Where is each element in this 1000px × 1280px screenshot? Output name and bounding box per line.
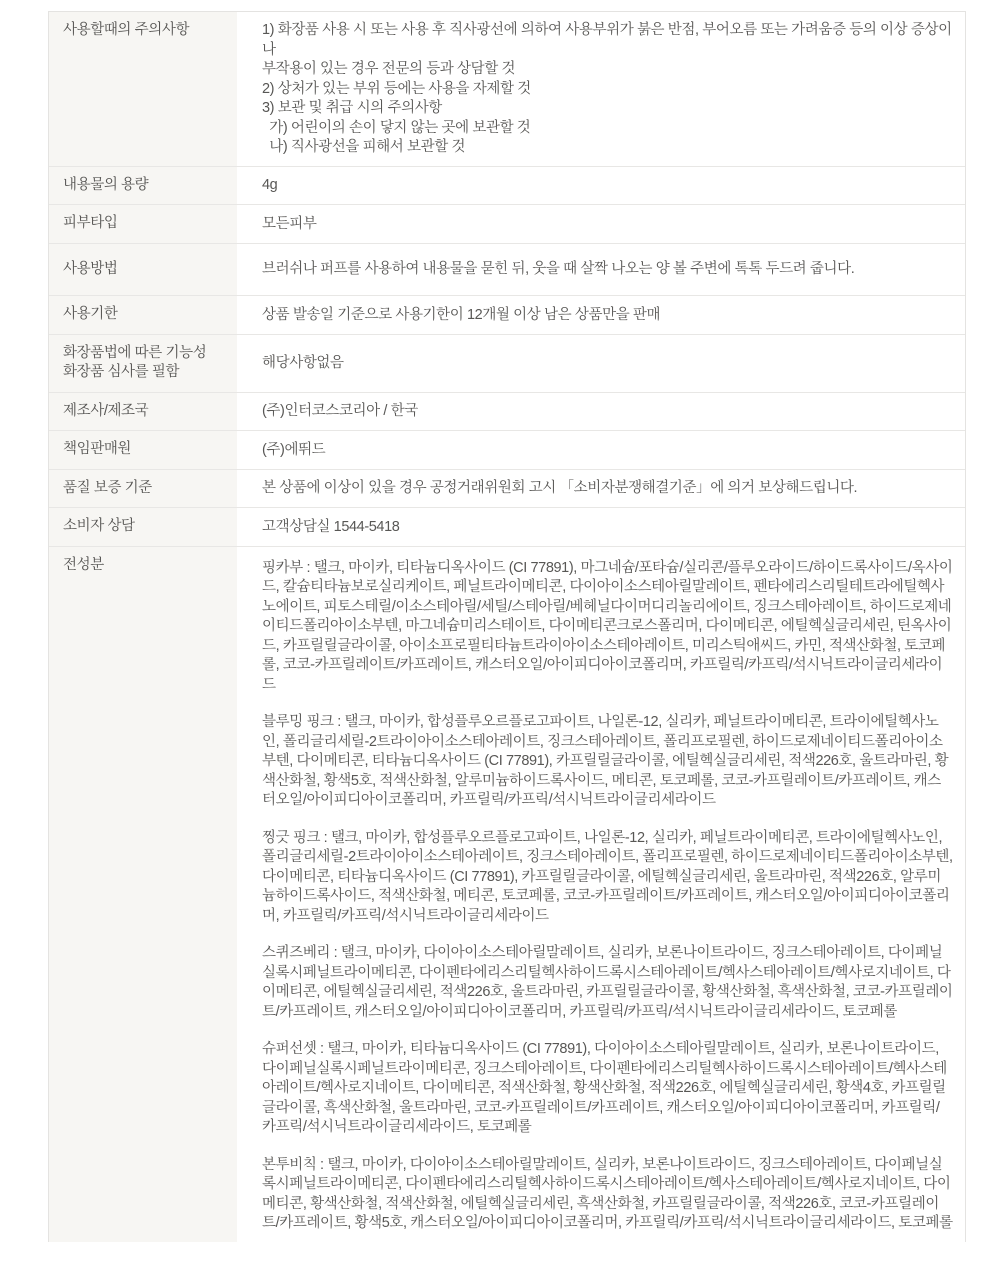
table-row: 사용할때의 주의사항1) 화장품 사용 시 또는 사용 후 직사광선에 의하여 … (49, 12, 965, 166)
row-value: 해당사항없음 (237, 335, 965, 392)
row-value-text: (주)에뛰드 (262, 441, 953, 461)
table-row: 품질 보증 기준본 상품에 이상이 있을 경우 공정거래위원회 고시 「소비자분… (49, 469, 965, 508)
row-value: 상품 발송일 기준으로 사용기한이 12개월 이상 남은 상품만을 판매 (237, 296, 965, 334)
ingredient-paragraph: 스퀴즈베리 : 탤크, 마이카, 다이아이소스테아릴말레이트, 실리카, 보론나… (262, 944, 953, 1022)
row-value-text: 본 상품에 이상이 있을 경우 공정거래위원회 고시 「소비자분쟁해결기준」에 … (262, 479, 953, 499)
row-value: 모든피부 (237, 205, 965, 243)
row-label: 화장품법에 따른 기능성화장품 심사를 필함 (49, 335, 237, 392)
table-row: 화장품법에 따른 기능성화장품 심사를 필함해당사항없음 (49, 334, 965, 392)
row-label: 내용물의 용량 (49, 167, 237, 205)
table-row: 전성분핑카부 : 탤크, 마이카, 티타늄디옥사이드 (CI 77891), 마… (49, 546, 965, 1242)
table-row: 책임판매원(주)에뛰드 (49, 430, 965, 469)
row-label: 품질 보증 기준 (49, 470, 237, 508)
row-value: 4g (237, 167, 965, 205)
row-label: 전성분 (49, 547, 237, 1242)
table-row: 사용방법브러쉬나 퍼프를 사용하여 내용물을 묻힌 뒤, 웃을 때 살짝 나오는… (49, 243, 965, 296)
row-label-line: 화장품법에 따른 기능성 (63, 344, 227, 364)
row-value: (주)에뛰드 (237, 431, 965, 469)
table-row: 사용기한상품 발송일 기준으로 사용기한이 12개월 이상 남은 상품만을 판매 (49, 295, 965, 334)
row-value: (주)인터코스코리아 / 한국 (237, 393, 965, 431)
table-row: 소비자 상담고객상담실 1544-5418 (49, 507, 965, 546)
row-value-text: 고객상담실 1544-5418 (262, 518, 953, 538)
row-value: 브러쉬나 퍼프를 사용하여 내용물을 묻힌 뒤, 웃을 때 살짝 나오는 양 볼… (237, 244, 965, 296)
row-value: 핑카부 : 탤크, 마이카, 티타늄디옥사이드 (CI 77891), 마그네슘… (237, 547, 965, 1242)
row-label: 책임판매원 (49, 431, 237, 469)
row-label: 사용방법 (49, 244, 237, 296)
row-value-text: 모든피부 (262, 215, 953, 235)
ingredient-paragraph: 블루밍 핑크 : 탤크, 마이카, 합성플루오르플로고파이트, 나일론-12, … (262, 713, 953, 811)
row-value: 본 상품에 이상이 있을 경우 공정거래위원회 고시 「소비자분쟁해결기준」에 … (237, 470, 965, 508)
ingredient-paragraph: 슈퍼선셋 : 탤크, 마이카, 티타늄디옥사이드 (CI 77891), 다이아… (262, 1040, 953, 1138)
row-label: 소비자 상담 (49, 508, 237, 546)
table-row: 피부타입모든피부 (49, 204, 965, 243)
ingredient-paragraph: 본투비칙 : 탤크, 마이카, 다이아이소스테아릴말레이트, 실리카, 보론나이… (262, 1156, 953, 1234)
ingredient-paragraph: 핑카부 : 탤크, 마이카, 티타늄디옥사이드 (CI 77891), 마그네슘… (262, 559, 953, 696)
caution-line: 1) 화장품 사용 시 또는 사용 후 직사광선에 의하여 사용부위가 붉은 반… (262, 21, 953, 60)
row-value-text: 브러쉬나 퍼프를 사용하여 내용물을 묻힌 뒤, 웃을 때 살짝 나오는 양 볼… (262, 260, 953, 280)
caution-line: 3) 보관 및 취급 시의 주의사항 (262, 99, 953, 119)
ingredient-paragraph: 찡긋 핑크 : 탤크, 마이카, 합성플루오르플로고파이트, 나일론-12, 실… (262, 829, 953, 927)
row-label: 피부타입 (49, 205, 237, 243)
row-value: 고객상담실 1544-5418 (237, 508, 965, 546)
product-info-table: 사용할때의 주의사항1) 화장품 사용 시 또는 사용 후 직사광선에 의하여 … (48, 11, 966, 1242)
caution-line: 2) 상처가 있는 부위 등에는 사용을 자제할 것 (262, 80, 953, 100)
caution-line: 부작용이 있는 경우 전문의 등과 상담할 것 (262, 60, 953, 80)
row-value: 1) 화장품 사용 시 또는 사용 후 직사광선에 의하여 사용부위가 붉은 반… (237, 12, 965, 166)
row-label: 사용기한 (49, 296, 237, 334)
row-value-text: 4g (262, 176, 953, 196)
row-value-text: 해당사항없음 (262, 354, 953, 374)
row-value-text: (주)인터코스코리아 / 한국 (262, 402, 953, 422)
caution-line: 가) 어린이의 손이 닿지 않는 곳에 보관할 것 (262, 119, 953, 139)
row-label-line: 화장품 심사를 필함 (63, 363, 227, 383)
table-row: 내용물의 용량4g (49, 166, 965, 205)
row-label: 사용할때의 주의사항 (49, 12, 237, 166)
row-label: 제조사/제조국 (49, 393, 237, 431)
caution-line: 나) 직사광선을 피해서 보관할 것 (262, 138, 953, 158)
table-row: 제조사/제조국(주)인터코스코리아 / 한국 (49, 392, 965, 431)
row-value-text: 상품 발송일 기준으로 사용기한이 12개월 이상 남은 상품만을 판매 (262, 306, 953, 326)
